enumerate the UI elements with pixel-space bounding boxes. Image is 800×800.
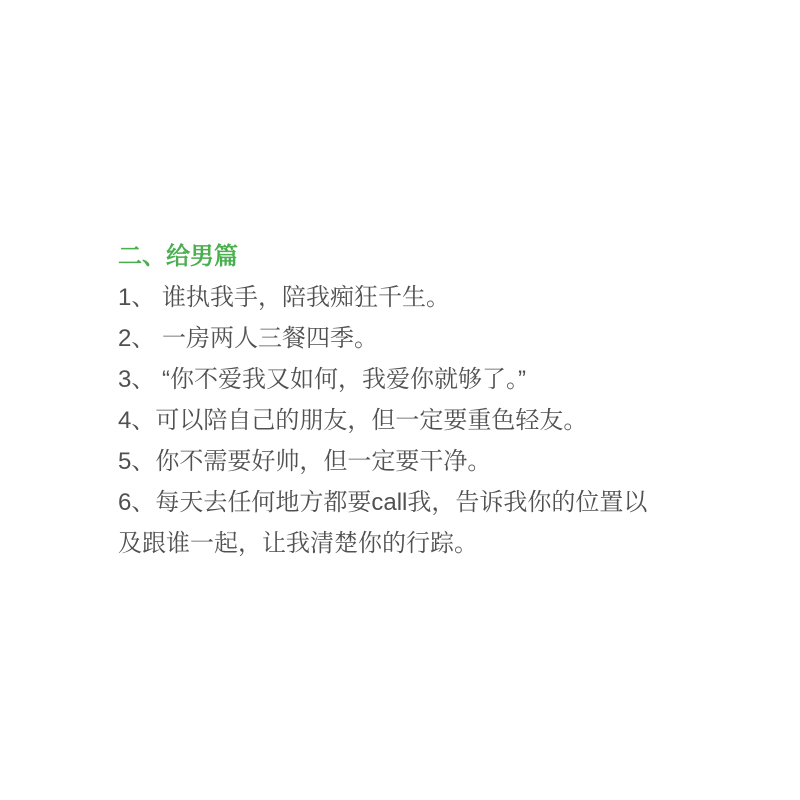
list-item-3: 3、 “你不爱我又如何，我爱你就够了。”: [118, 359, 668, 400]
section-heading: 二、给男篇: [118, 236, 668, 277]
list-item-1: 1、 谁执我手，陪我痴狂千生。: [118, 277, 668, 318]
list-item-5: 5、你不需要好帅，但一定要干净。: [118, 441, 668, 482]
list-item-4: 4、可以陪自己的朋友，但一定要重色轻友。: [118, 400, 668, 441]
page: 二、给男篇 1、 谁执我手，陪我痴狂千生。 2、 一房两人三餐四季。 3、 “你…: [0, 0, 800, 800]
text-block: 二、给男篇 1、 谁执我手，陪我痴狂千生。 2、 一房两人三餐四季。 3、 “你…: [118, 236, 668, 564]
list-item-2: 2、 一房两人三餐四季。: [118, 318, 668, 359]
list-item-6: 6、每天去任何地方都要call我，告诉我你的位置以及跟谁一起，让我清楚你的行踪。: [118, 482, 668, 564]
